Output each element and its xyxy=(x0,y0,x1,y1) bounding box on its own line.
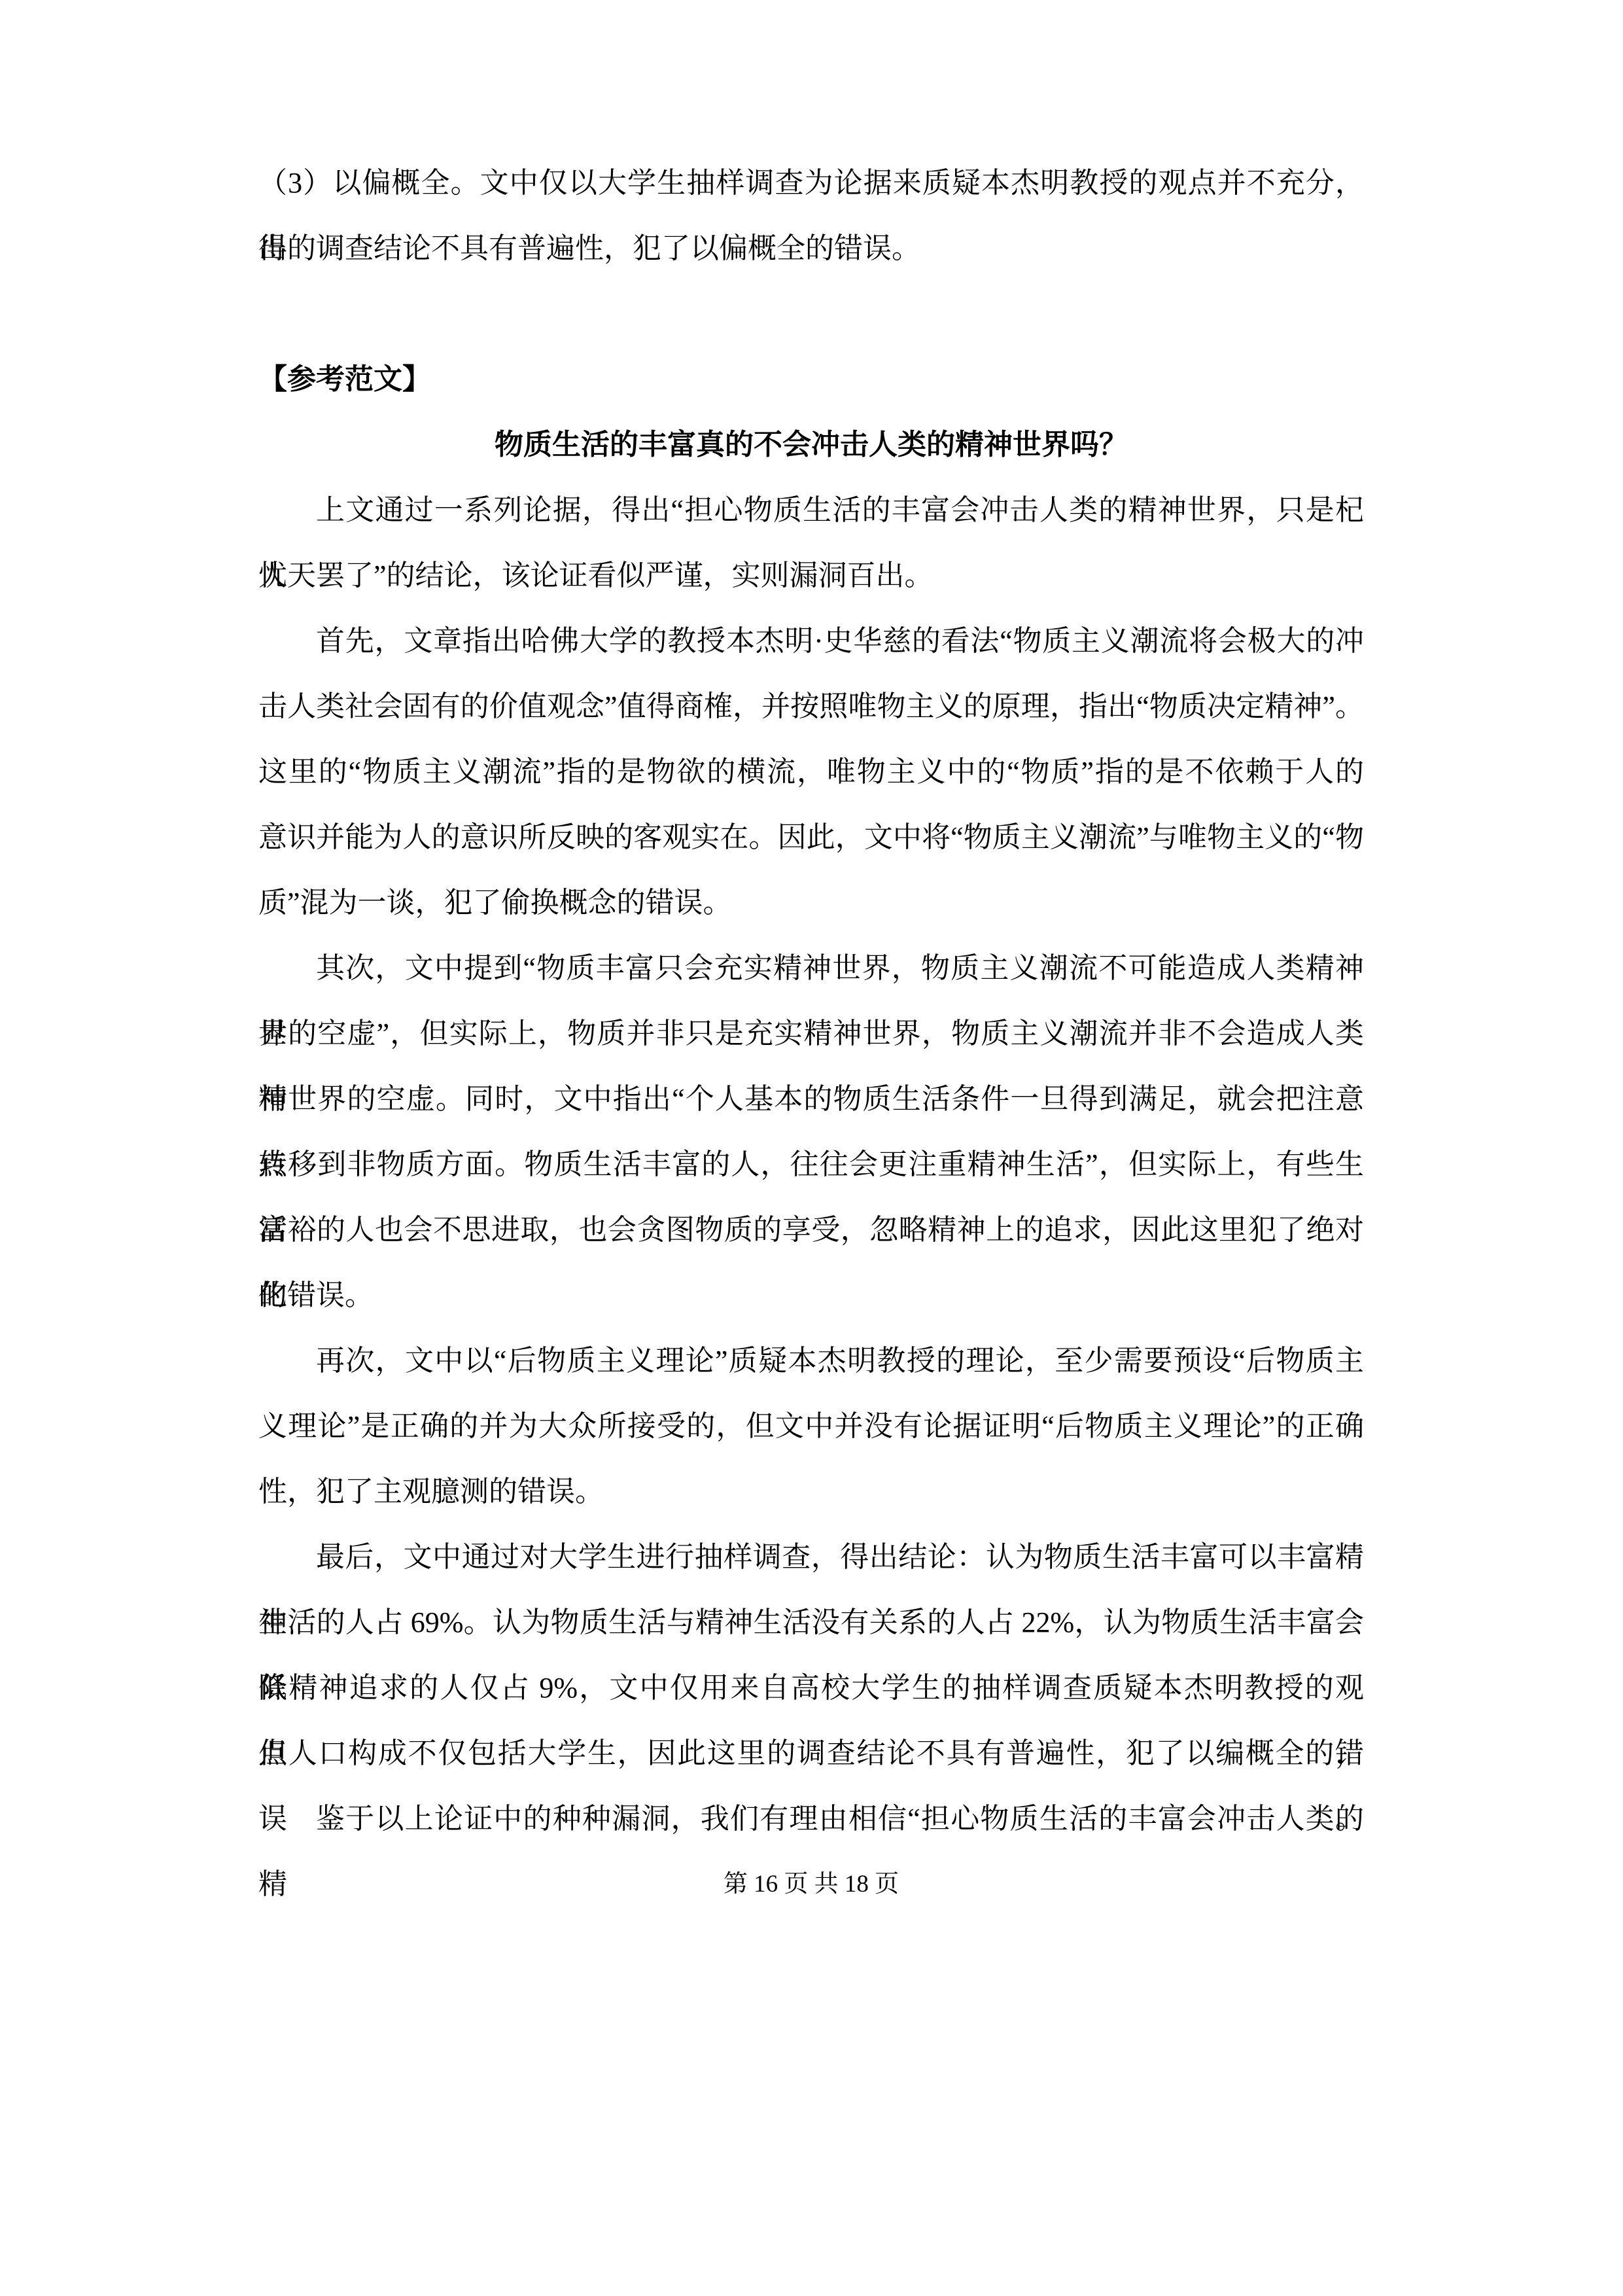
essay-body-line: 击人类社会固有的价值观念”值得商榷，并按照唯物主义的原理，指出“物质决定精神”。 xyxy=(258,674,1364,739)
essay-body-line: 义理论”是正确的并为大众所接受的，但文中并没有论据证明“后物质主义理论”的正确 xyxy=(258,1394,1364,1459)
essay-body-line: 的错误。 xyxy=(258,1263,1364,1328)
essay-body-line: 上文通过一系列论据，得出“担心物质生活的丰富会冲击人类的精神世界，只是杞人 xyxy=(258,478,1364,543)
essay-body-line: 生活的人占 69%。认为物质生活与精神生活没有关系的人占 22%，认为物质生活丰… xyxy=(258,1590,1364,1655)
essay-title: 物质生活的丰富真的不会冲击人类的精神世界吗？ xyxy=(258,412,1364,478)
essay-body-line: 首先，文章指出哈佛大学的教授本杰明·史华慈的看法“物质主义潮流将会极大的冲 xyxy=(258,609,1364,674)
essay-body-line: 富裕的人也会不思进取，也会贪图物质的享受，忽略精神上的追求，因此这里犯了绝对化 xyxy=(258,1197,1364,1263)
essay-body-line: 神世界的空虚。同时，文中指出“个人基本的物质生活条件一旦得到满足，就会把注意点 xyxy=(258,1067,1364,1132)
answer-line: 出的调查结论不具有普遍性，犯了以偏概全的错误。 xyxy=(258,216,1364,281)
essay-body-line: 鉴于以上论证中的种种漏洞，我们有理由相信“担心物质生活的丰富会冲击人类的精 xyxy=(258,1786,1364,1852)
essay-body-line: 质”混为一谈，犯了偷换概念的错误。 xyxy=(258,870,1364,936)
essay-body-line: 转移到非物质方面。物质生活丰富的人，往往会更注重精神生活”，但实际上，有些生活 xyxy=(258,1132,1364,1197)
document-page: （3）以偏概全。文中仅以大学生抽样调查为论据来质疑本杰明教授的观点并不充分，得 … xyxy=(0,0,1623,2296)
essay-body-line: 界的空虚”，但实际上，物质并非只是充实精神世界，物质主义潮流并非不会造成人类精 xyxy=(258,1001,1364,1067)
section-header: 【参考范文】 xyxy=(258,347,1364,412)
essay-body-line: 但人口构成不仅包括大学生，因此这里的调查结论不具有普遍性，犯了以编概全的错误。 xyxy=(258,1721,1364,1786)
essay-body-line: 性，犯了主观臆测的错误。 xyxy=(258,1459,1364,1525)
essay-body-line: 其次，文中提到“物质丰富只会充实精神世界，物质主义潮流不可能造成人类精神世 xyxy=(258,936,1364,1001)
answer-line: （3）以偏概全。文中仅以大学生抽样调查为论据来质疑本杰明教授的观点并不充分，得 xyxy=(258,150,1364,216)
blank-line xyxy=(258,281,1364,347)
essay-body-line: 意识并能为人的意识所反映的客观实在。因此，文中将“物质主义潮流”与唯物主义的“物 xyxy=(258,805,1364,870)
essay-body-line: 低精神追求的人仅占 9%，文中仅用来自高校大学生的抽样调查质疑本杰明教授的观点， xyxy=(258,1655,1364,1721)
essay-body-line: 再次，文中以“后物质主义理论”质疑本杰明教授的理论，至少需要预设“后物质主 xyxy=(258,1328,1364,1394)
essay-body-line: 这里的“物质主义潮流”指的是物欲的横流，唯物主义中的“物质”指的是不依赖于人的 xyxy=(258,739,1364,805)
essay-body-line: 最后，文中通过对大学生进行抽样调查，得出结论：认为物质生活丰富可以丰富精神 xyxy=(258,1525,1364,1590)
essay-body-line: 忧天罢了”的结论，该论证看似严谨，实则漏洞百出。 xyxy=(258,543,1364,609)
page-footer: 第 16 页 共 18 页 xyxy=(258,1852,1364,1917)
